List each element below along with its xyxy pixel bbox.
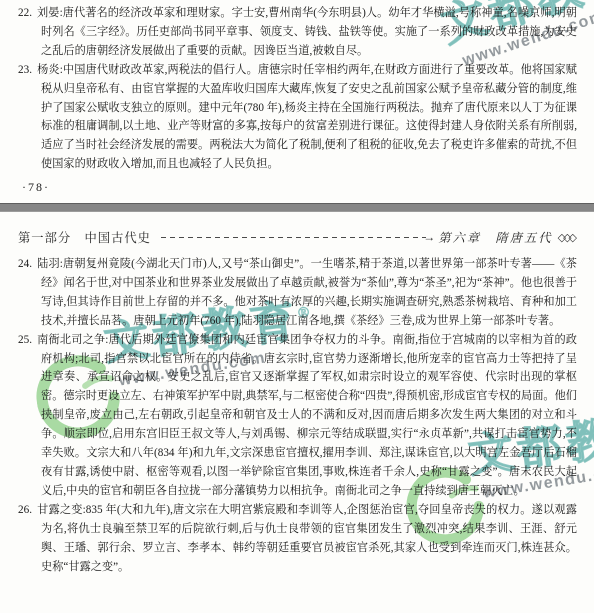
running-header: 第一部分 中国古代史 → 第六章 隋唐五代 ◇◇◇ <box>18 228 577 246</box>
page-79-fragment: 第一部分 中国古代史 → 第六章 隋唐五代 ◇◇◇ 24.陆羽:唐朝复州竟陵(今… <box>0 214 594 576</box>
item-text: 甘露之变:835 年(大和九年),唐文宗在大明宫紫宸殿和李训等人,企图惩治宦官,… <box>37 504 577 573</box>
item-text: 南衙北司之争:唐代后期外廷官僚集团和内廷宦官集团争夺权力的斗争。南衙,指位于宫城… <box>37 334 577 497</box>
item-number: 26. <box>18 504 32 516</box>
item-text: 刘晏:唐代著名的经济改革家和理财家。字士安,曹州南华(今东明县)人。幼年才华横溢… <box>37 7 577 57</box>
item-text: 陆羽:唐朝复州竟陵(今湖北天门市)人,又号“茶山御史”。一生嗜茶,精于茶道,以著… <box>37 258 577 327</box>
page-number: ·78· <box>22 180 577 195</box>
glossary-item-23: 23.杨炎:中国唐代财政改革家,两税法的倡行人。唐德宗时任宰相约两年,在财政方面… <box>18 61 577 174</box>
glossary-item-24: 24.陆羽:唐朝复州竟陵(今湖北天门市)人,又号“茶山御史”。一生嗜茶,精于茶道… <box>18 255 577 331</box>
item-text: 杨炎:中国唐代财政改革家,两税法的倡行人。唐德宗时任宰相约两年,在财政方面进行了… <box>37 64 577 171</box>
item-number: 25. <box>18 334 32 346</box>
page-divider <box>0 203 594 212</box>
glossary-item-22: 22.刘晏:唐代著名的经济改革家和理财家。字士安,曹州南华(今东明县)人。幼年才… <box>18 4 577 61</box>
glossary-item-25: 25.南衙北司之争:唐代后期外廷官僚集团和内廷宦官集团争夺权力的斗争。南衙,指位… <box>18 331 577 501</box>
header-chapter-title: 第六章 隋唐五代 <box>438 228 552 246</box>
arrow-icon: → <box>423 231 435 243</box>
item-number: 24. <box>18 258 32 270</box>
item-number: 23. <box>18 64 32 76</box>
item-number: 22. <box>18 7 32 19</box>
glossary-item-26: 26.甘露之变:835 年(大和九年),唐文宗在大明宫紫宸殿和李训等人,企图惩治… <box>18 501 577 577</box>
document-page: 文都教育® www.wendu.com 文都教育® www.wendu.com … <box>0 0 594 613</box>
dashed-leader <box>161 237 426 238</box>
header-section-title: 第一部分 中国古代史 <box>18 228 151 246</box>
diamond-ornament: ◇◇◇ <box>558 231 577 244</box>
page-78-fragment: 22.刘晏:唐代著名的经济改革家和理财家。字士安,曹州南华(今东明县)人。幼年才… <box>0 4 594 195</box>
